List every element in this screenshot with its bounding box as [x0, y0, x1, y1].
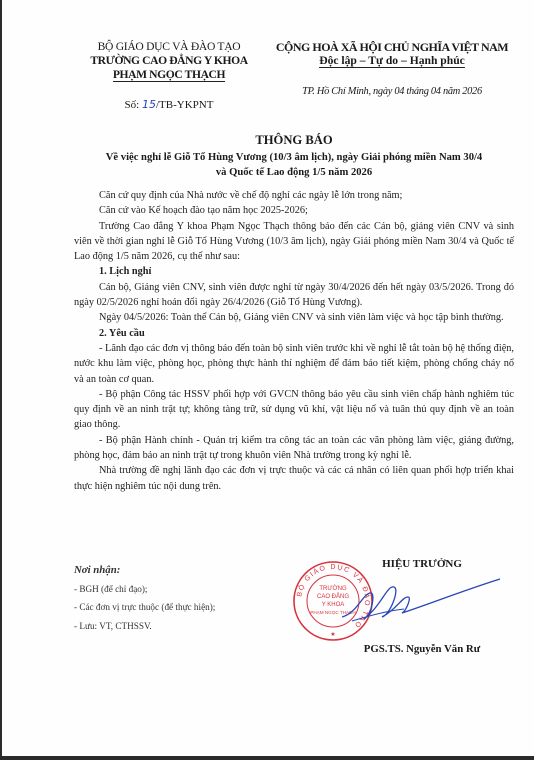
- place-date: TP. Hồ Chí Minh, ngày 04 tháng 04 năm 20…: [264, 86, 520, 97]
- svg-text:Y KHOA: Y KHOA: [322, 602, 345, 608]
- document-number: Số: 15/TB-YKPNT: [64, 98, 274, 111]
- svg-text:★: ★: [330, 631, 335, 638]
- handwritten-number: 15: [142, 98, 156, 111]
- legal-basis-2: Căn cứ vào Kế hoạch đào tạo năm học 2025…: [74, 203, 514, 218]
- signature-icon: [342, 575, 502, 635]
- recipients-heading: Nơi nhận:: [74, 561, 215, 580]
- schedule-paragraph-1: Cán bộ, Giảng viên CNV, sinh viên được n…: [74, 280, 514, 311]
- document-page: BỘ GIÁO DỤC VÀ ĐÀO TẠO TRƯỜNG CAO ĐẲNG Y…: [2, 0, 534, 756]
- section-heading-schedule: 1. Lịch nghỉ: [74, 264, 514, 279]
- school-name-line1: TRƯỜNG CAO ĐẲNG Y KHOA: [64, 54, 274, 68]
- legal-basis-1: Căn cứ quy định của Nhà nước về chế độ n…: [74, 188, 514, 203]
- closing-paragraph: Nhà trường đề nghị lãnh đạo các đơn vị t…: [74, 463, 514, 494]
- requirement-1: - Lãnh đạo các đơn vị thông báo đến toàn…: [74, 341, 514, 387]
- requirement-2: - Bộ phận Công tác HSSV phối hợp với GVC…: [74, 387, 514, 433]
- issuer-header: BỘ GIÁO DỤC VÀ ĐÀO TẠO TRƯỜNG CAO ĐẲNG Y…: [64, 40, 274, 82]
- school-name-line2: PHẠM NGỌC THẠCH: [64, 68, 274, 82]
- recipient-item: - Các đơn vị trực thuộc (để thực hiện);: [74, 598, 215, 617]
- national-motto: Độc lập – Tự do – Hạnh phúc: [264, 54, 520, 68]
- national-header: CỘNG HOÀ XÃ HỘI CHỦ NGHĨA VIỆT NAM Độc l…: [264, 40, 520, 68]
- nation-name: CỘNG HOÀ XÃ HỘI CHỦ NGHĨA VIỆT NAM: [264, 40, 520, 54]
- document-title: THÔNG BÁO: [64, 133, 524, 148]
- recipient-item: - BGH (để chỉ đạo);: [74, 580, 215, 599]
- document-body: Căn cứ quy định của Nhà nước về chế độ n…: [74, 188, 514, 494]
- ministry-name: BỘ GIÁO DỤC VÀ ĐÀO TẠO: [64, 40, 274, 54]
- section-heading-requirements: 2. Yêu cầu: [74, 326, 514, 341]
- signer-name: PGS.TS. Nguyễn Văn Rư: [292, 643, 512, 655]
- recipients-block: Nơi nhận: - BGH (để chỉ đạo); - Các đơn …: [74, 561, 215, 635]
- recipient-item: - Lưu: VT, CTHSSV.: [74, 617, 215, 636]
- intro-paragraph: Trường Cao đẳng Y khoa Phạm Ngọc Thạch t…: [74, 219, 514, 265]
- schedule-paragraph-2: Ngày 04/5/2026: Toàn thể Cán bộ, Giảng v…: [74, 310, 514, 325]
- requirement-3: - Bộ phận Hành chính - Quản trị kiểm tra…: [74, 433, 514, 464]
- document-subtitle: Về việc nghỉ lễ Giỗ Tổ Hùng Vương (10/3 …: [64, 150, 524, 180]
